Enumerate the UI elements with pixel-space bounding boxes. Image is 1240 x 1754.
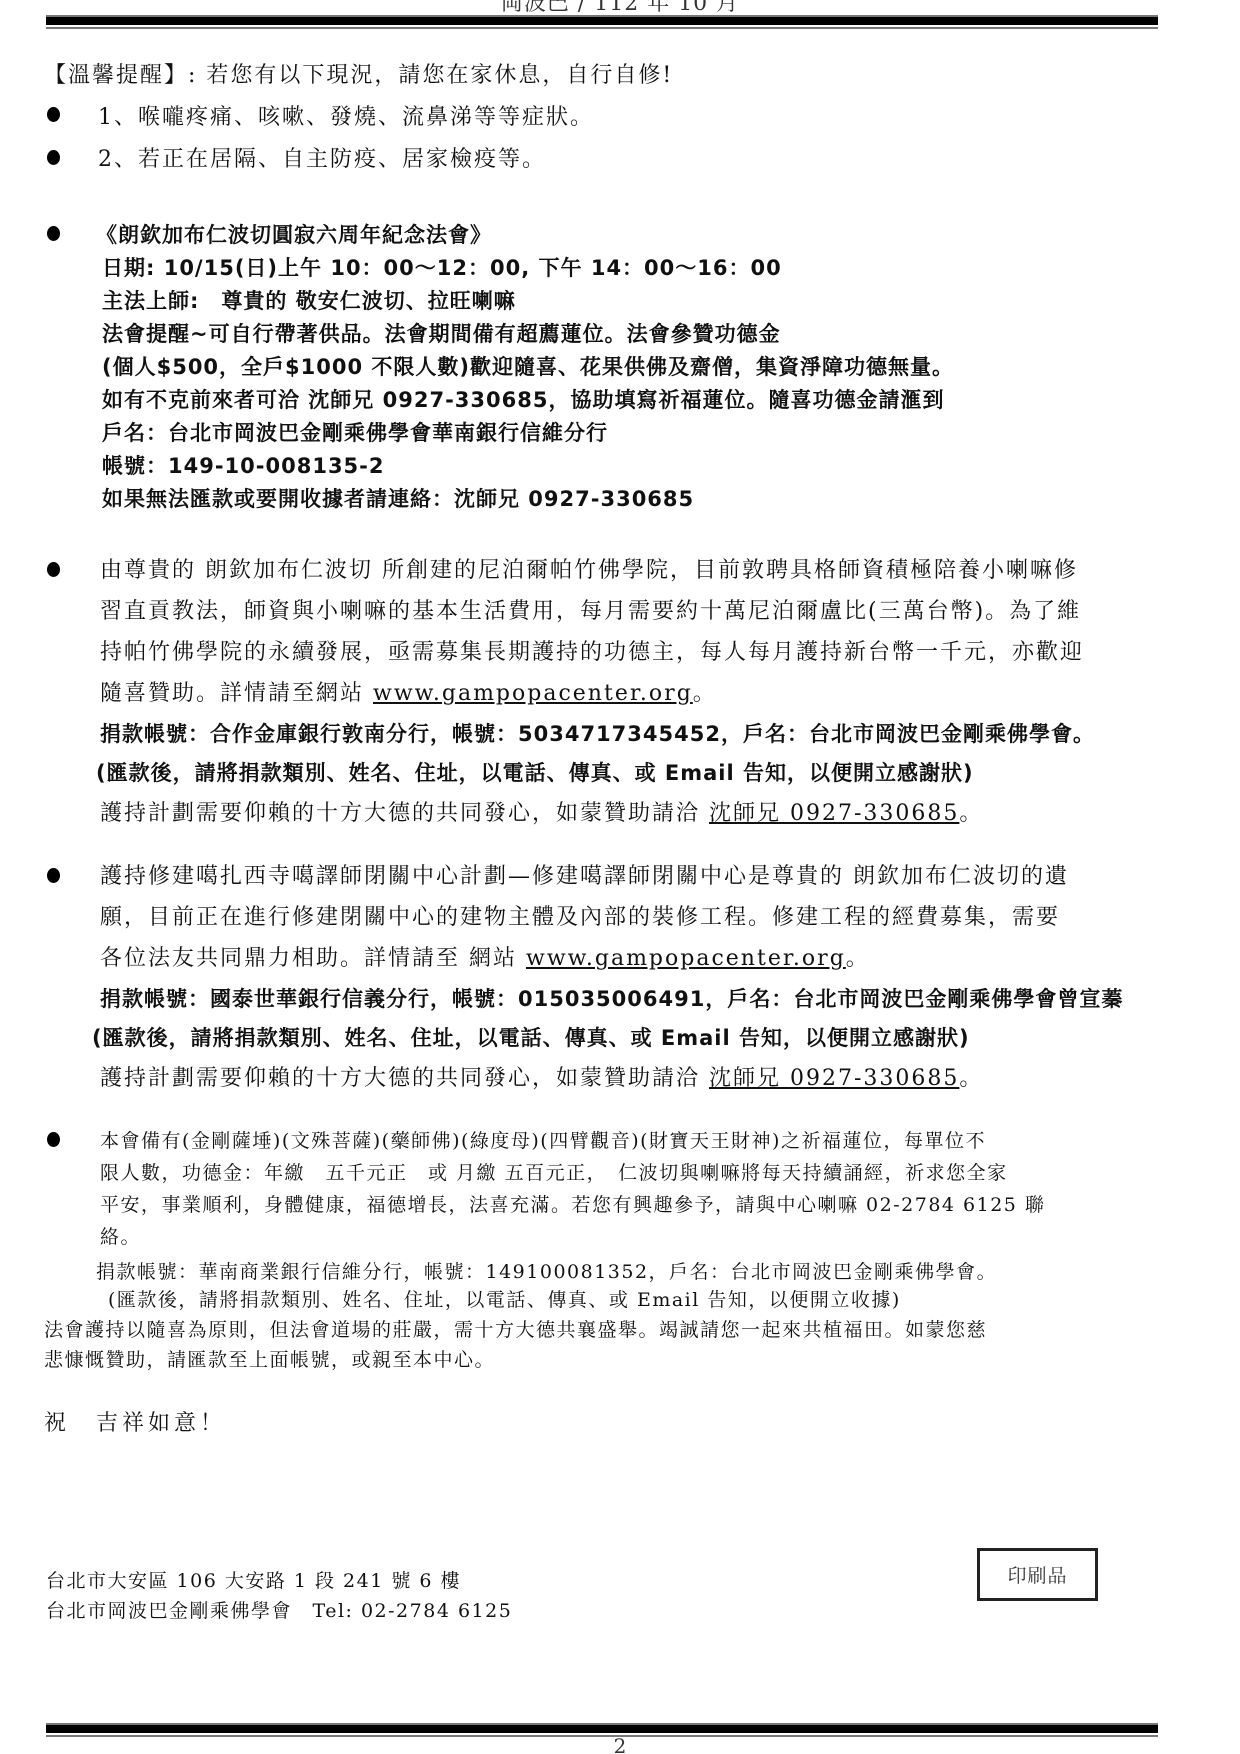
bullet-icon [47, 226, 60, 241]
event-title: 《朗欽加布仁波切圓寂六周年紀念法會》 [96, 219, 492, 249]
lotus-line: 本會備有(金剛薩埵)(文殊菩薩)(藥師佛)(綠度母)(四臂觀音)(財寶天王財神)… [100, 1126, 986, 1153]
event-line: 日期: 10/15(日)上午 10：00～12：00, 下午 14：00～16：… [102, 252, 782, 282]
website-link[interactable]: www.gampopacenter.org [373, 681, 693, 706]
college-contact: 護持計劃需要仰賴的十方大德的共同發心，如蒙贊助請洽 沈師兄 0927-33068… [100, 796, 983, 827]
text: 護持計劃需要仰賴的十方大德的共同發心，如蒙贊助請洽 [100, 1066, 709, 1091]
text: 護持計劃需要仰賴的十方大德的共同發心，如蒙贊助請洽 [100, 801, 709, 826]
footer-org-tel: 台北市岡波巴金剛乘佛學會 Tel: 02-2784 6125 [46, 1596, 512, 1623]
bullet-icon [47, 562, 60, 577]
lotus-line: 限人數，功德金：年繳 五千元正 或 月繳 五百元正， 仁波切與喇嘛將每天持續誦經… [100, 1158, 1008, 1185]
college-line: 由尊貴的 朗欽加布仁波切 所創建的尼泊爾帕竹佛學院，目前敦聘具格師資積極陪養小喇… [100, 553, 1078, 584]
closing-line: 悲慷慨贊助，請匯款至上面帳號，或親至本中心。 [44, 1345, 495, 1372]
lotus-line: 平安，事業順利，身體健康，福德增長，法喜充滿。若您有興趣參予，請與中心喇嘛 02… [100, 1190, 1045, 1217]
contact-link[interactable]: 沈師兄 0927-330685 [709, 801, 959, 826]
event-line: 帳號：149-10-008135-2 [102, 450, 385, 480]
college-line-website: 隨喜贊助。詳情請至網站 www.gampopacenter.org。 [100, 676, 717, 707]
event-line: 主法上師: 尊貴的 敬安仁波切、拉旺喇嘛 [102, 285, 516, 315]
footer-address: 台北市大安區 106 大安路 1 段 241 號 6 樓 [46, 1566, 461, 1593]
college-line: 習直貢教法，師資與小喇嘛的基本生活費用，每月需要約十萬尼泊爾盧比(三萬台幣)。為… [100, 594, 1081, 625]
text: 。 [959, 801, 983, 826]
greeting: 祝 吉祥如意！ [44, 1406, 226, 1437]
retreat-remit-note: (匯款後，請將捐款類別、姓名、住址，以電話、傳真、或 Email 告知，以便開立… [92, 1022, 970, 1052]
event-line: 如果無法匯款或要開收據者請連絡：沈師兄 0927-330685 [102, 483, 694, 513]
page-number: 2 [0, 1734, 1240, 1754]
college-bank-line: 捐款帳號：合作金庫銀行敦南分行，帳號：5034717345452，戶名：台北市岡… [100, 718, 1095, 748]
lotus-bank-line: 捐款帳號：華南商業銀行信維分行，帳號：149100081352，戶名：台北市岡波… [96, 1257, 997, 1284]
website-link[interactable]: www.gampopacenter.org [526, 946, 846, 971]
retreat-line: 護持修建噶扎西寺噶譯師閉關中心計劃—修建噶譯師閉關中心是尊貴的 朗欽加布仁波切的… [100, 859, 1069, 890]
lotus-remit-note: (匯款後，請將捐款類別、姓名、住址，以電話、傳真、或 Email 告知，以便開立… [108, 1285, 901, 1312]
college-remit-note: (匯款後，請將捐款類別、姓名、住址，以電話、傳真、或 Email 告知，以便開立… [96, 757, 974, 787]
bullet-icon [47, 1132, 60, 1147]
event-line: 戶名：台北市岡波巴金剛乘佛學會華南銀行信維分行 [102, 417, 608, 447]
retreat-line: 願，目前正在進行修建閉關中心的建物主體及內部的裝修工程。修建工程的經費募集，需要 [100, 900, 1060, 931]
event-line: 法會提醒~可自行帶著供品。法會期間備有超薦蓮位。法會參贊功德金 [102, 318, 781, 348]
reminder-item: 1、喉嚨疼痛、咳嗽、發燒、流鼻涕等等症狀。 [98, 100, 594, 131]
text: 。 [959, 1066, 983, 1091]
reminder-title: 【溫馨提醒】: 若您有以下現況，請您在家休息，自行自修! [44, 58, 673, 89]
contact-link[interactable]: 沈師兄 0927-330685 [709, 1066, 959, 1091]
retreat-line-website: 各位法友共同鼎力相助。詳情請至 網站 www.gampopacenter.org… [100, 941, 870, 972]
reminder-item: 2、若正在居隔、自主防疫、居家檢疫等。 [98, 142, 546, 173]
bullet-icon [47, 868, 60, 883]
lotus-line: 絡。 [100, 1222, 141, 1249]
printed-matter-stamp: 印刷品 [977, 1548, 1098, 1601]
text: 各位法友共同鼎力相助。詳情請至 網站 [100, 946, 526, 971]
event-line: (個人$500，全戶$1000 不限人數)歡迎隨喜、花果供佛及齋僧，集資淨障功德… [102, 351, 954, 381]
college-line: 持帕竹佛學院的永續發展，亟需募集長期護持的功德主，每人每月護持新台幣一千元，亦歡… [100, 635, 1084, 666]
header-rule [46, 15, 1158, 29]
closing-line: 法會護持以隨喜為原則，但法會道場的莊嚴，需十方大德共襄盛舉。竭誠請您一起來共植福… [44, 1315, 987, 1342]
text: 。 [846, 946, 870, 971]
text: 隨喜贊助。詳情請至網站 [100, 681, 373, 706]
bullet-icon [47, 107, 60, 122]
retreat-bank-line: 捐款帳號：國泰世華銀行信義分行，帳號：015035006491，戶名：台北市岡波… [100, 983, 1123, 1013]
retreat-contact: 護持計劃需要仰賴的十方大德的共同發心，如蒙贊助請洽 沈師兄 0927-33068… [100, 1061, 983, 1092]
event-line: 如有不克前來者可洽 沈師兄 0927-330685，協助填寫祈福蓮位。隨喜功德金… [102, 384, 944, 414]
text: 。 [693, 681, 717, 706]
bullet-icon [47, 150, 60, 165]
